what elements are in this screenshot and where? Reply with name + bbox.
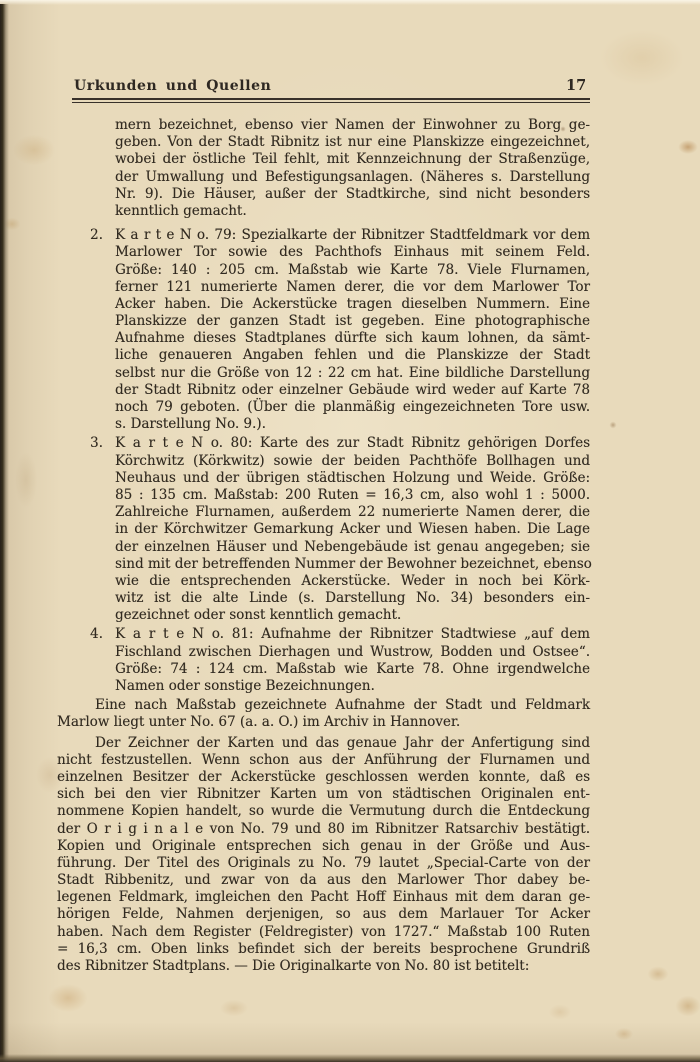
text-line: der O r i g i n a l e von No. 79 und 80 … (57, 821, 590, 838)
text-line: Nr. 9). Die Häuser, außer der Stadtkirch… (115, 186, 590, 203)
text-line: mern bezeichnet, ebenso vier Namen der E… (115, 117, 590, 134)
list-item-number: 2. (90, 227, 103, 244)
text-line: einzelnen Besitzer der Ackerstücke gesch… (57, 769, 590, 786)
page-bottom-edge-shadow (0, 1054, 700, 1062)
text-line: des Ribnitzer Stadtplans. — Die Original… (57, 958, 590, 975)
page-content: mern bezeichnet, ebenso vier Namen der E… (57, 117, 590, 978)
running-title: Urkunden und Quellen (74, 78, 271, 94)
text-line: in der Körchwitzer Gemarkung Acker und W… (115, 521, 590, 538)
list-item-number: 4. (90, 626, 103, 643)
page-left-edge-shadow (0, 4, 9, 1062)
list-item: 3.K a r t e N o. 80: Karte des zur Stadt… (57, 435, 590, 624)
text-line: = 16,3 cm. Oben links befindet sich der … (57, 941, 590, 958)
text-line: Namen oder sonstige Bezeichnungen. (115, 678, 590, 695)
text-line: Zahlreiche Flurnamen, außerdem 22 numeri… (115, 504, 590, 521)
text-line: der Umwallung und Befestigungsanlagen. (… (115, 169, 590, 186)
text-line: 85 : 135 cm. Maßstab: 200 Ruten = 16,3 c… (115, 487, 590, 504)
text-line: Stadt Ribbenitz, und zwar von da aus den… (57, 872, 590, 889)
text-line: Marlower Tor sowie des Pachthofs Einhaus… (115, 244, 590, 261)
text-line: Der Zeichner der Karten und das genaue J… (57, 735, 590, 752)
text-line: der Stadt Ribnitz oder einzelner Gebäude… (115, 382, 590, 399)
text-line: führung. Der Titel des Originals zu No. … (57, 855, 590, 872)
page-number: 17 (566, 77, 586, 94)
text-line: Marlow liegt unter No. 67 (a. a. O.) im … (57, 714, 590, 731)
text-line: Kopien und Originale entsprechen sich ge… (57, 838, 590, 855)
text-line: Körchwitz (Körkwitz) sowie der beiden Pa… (115, 453, 590, 470)
text-line: wie die entsprechenden Ackerstücke. Wede… (115, 573, 590, 590)
text-line: wobei der östliche Teil fehlt, mit Kennz… (115, 151, 590, 168)
text-line: noch 79 geboten. (Über die planmäßig ein… (115, 399, 590, 416)
list-item-number: 3. (90, 435, 103, 452)
text-line: nommene Kopien handelt, so wurde die Ver… (57, 803, 590, 820)
text-line: haben. Nach dem Register (Feldregister) … (57, 924, 590, 941)
text-line: Größe: 74 : 124 cm. Maßstab wie Karte 78… (115, 661, 590, 678)
text-line: sind mit der betreffenden Nummer der Bew… (115, 556, 590, 573)
text-line: s. Darstellung No. 9.). (115, 416, 590, 433)
text-line: hörigen Felde, Nahmen derjenigen, so aus… (57, 906, 590, 923)
text-line: witz ist die alte Linde (s. Darstellung … (115, 590, 590, 607)
text-line: Größe: 140 : 205 cm. Maßstab wie Karte 7… (115, 262, 590, 279)
text-line: 3.K a r t e N o. 80: Karte des zur Stadt… (115, 435, 590, 452)
paragraph: Eine nach Maßstab gezeichnete Aufnahme d… (57, 697, 590, 731)
text-line: ferner 121 numerierte Namen derer, die v… (115, 279, 590, 296)
list-item: 4.K a r t e N o. 81: Aufnahme der Ribnit… (57, 626, 590, 695)
text-line: Planskizze der ganzen Stadt ist gegeben.… (115, 313, 590, 330)
text-line: gezeichnet oder sonst kenntlich gemacht. (115, 607, 590, 624)
text-line: legenen Feldmark, imgleichen den Pacht H… (57, 889, 590, 906)
text-line: geben. Von der Stadt Ribnitz ist nur ein… (115, 134, 590, 151)
text-line: 2.K a r t e N o. 79: Spezialkarte der Ri… (115, 227, 590, 244)
text-line: Aufnahme dieses Stadtplanes dürfte sich … (115, 330, 590, 347)
text-line: liche genaueren Angaben fehlen und die P… (115, 347, 590, 364)
text-line: sich bei den vier Ribnitzer Karten um vo… (57, 786, 590, 803)
text-line: 4.K a r t e N o. 81: Aufnahme der Ribnit… (115, 626, 590, 643)
text-line: Eine nach Maßstab gezeichnete Aufnahme d… (57, 697, 590, 714)
book-page: Urkunden und Quellen 17 mern bezeichnet,… (0, 0, 700, 1062)
list-item: 2.K a r t e N o. 79: Spezialkarte der Ri… (57, 227, 590, 433)
text-line: kenntlich gemacht. (115, 203, 590, 220)
text-line: Acker haben. Die Ackerstücke tragen dies… (115, 296, 590, 313)
text-line: selbst nur die Größe von 12 : 22 cm hat.… (115, 365, 590, 382)
text-line: der einzelnen Häuser und Nebengebäude is… (115, 539, 590, 556)
page-top-edge (0, 0, 700, 5)
paragraph: Der Zeichner der Karten und das genaue J… (57, 735, 590, 976)
text-line: Fischland zwischen Dierhagen und Wustrow… (115, 644, 590, 661)
text-line: Neuhaus und der übrigen städtischen Holz… (115, 470, 590, 487)
header-double-rule (72, 98, 590, 103)
text-line: nicht festzustellen. Wenn schon aus der … (57, 752, 590, 769)
paragraph: mern bezeichnet, ebenso vier Namen der E… (57, 117, 590, 220)
